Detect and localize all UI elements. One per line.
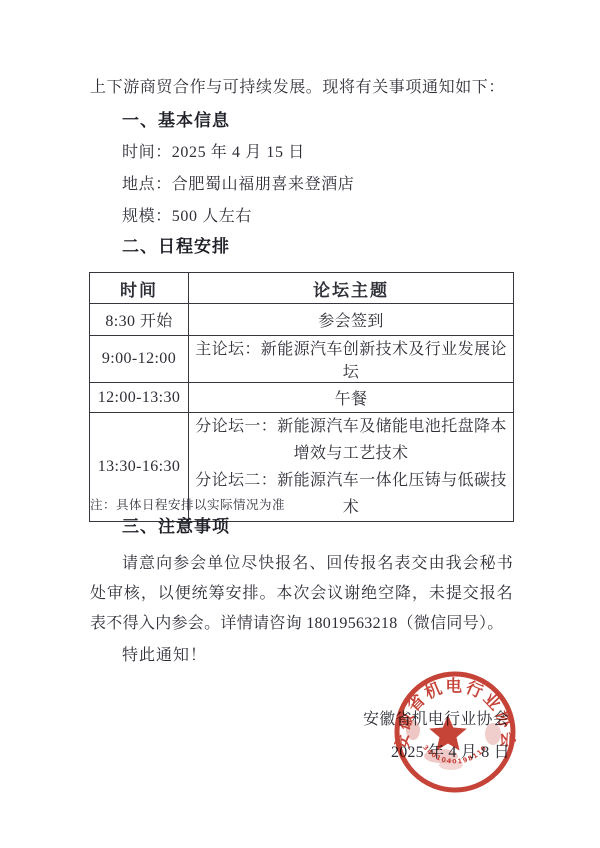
table-row: 12:00-13:30 午餐 xyxy=(90,383,514,413)
table-header-row: 时间 论坛主题 xyxy=(90,273,514,304)
header-time: 时间 xyxy=(90,273,189,304)
cell-topic: 主论坛：新能源汽车创新技术及行业发展论坛 xyxy=(189,336,514,383)
subforum-1: 分论坛一：新能源汽车及储能电池托盘降本增效与工艺技术 xyxy=(191,413,511,467)
notice-document: 上下游商贸合作与可持续发展。现将有关事项通知如下： 一、基本信息 时间：2025… xyxy=(0,0,600,848)
intro-line: 上下游商贸合作与可持续发展。现将有关事项通知如下： xyxy=(90,78,514,98)
header-topic: 论坛主题 xyxy=(189,273,514,304)
section2-title: 二、日程安排 xyxy=(90,237,514,257)
cell-topic: 午餐 xyxy=(189,383,514,413)
schedule-note: 注：具体日程安排以实际情况为准 xyxy=(90,495,285,513)
section1-title: 一、基本信息 xyxy=(90,111,514,131)
cell-topic: 参会签到 xyxy=(189,304,514,336)
official-seal: 安徽省机电行业协会 3401040198110 xyxy=(391,668,519,796)
signature-date: 2025 年 4 月 8 日 xyxy=(391,739,510,762)
cell-time: 9:00-12:00 xyxy=(90,336,189,383)
cell-time: 12:00-13:30 xyxy=(90,383,189,413)
info-location: 地点：合肥蜀山福朋喜来登酒店 xyxy=(90,175,514,195)
info-scale: 规模：500 人左右 xyxy=(90,207,514,227)
section3-title: 三、注意事项 xyxy=(90,517,514,537)
info-time: 时间：2025 年 4 月 15 日 xyxy=(90,143,514,163)
cell-time: 8:30 开始 xyxy=(90,304,189,336)
seal-ring xyxy=(397,674,513,790)
schedule-table: 时间 论坛主题 8:30 开始 参会签到 9:00-12:00 主论坛：新能源汽… xyxy=(89,272,514,522)
closing-line: 特此通知！ xyxy=(122,642,207,665)
signature-organization: 安徽省机电行业协会 xyxy=(363,706,509,729)
table-row: 8:30 开始 参会签到 xyxy=(90,304,514,336)
notes-paragraph: 请意向参会单位尽快报名、回传报名表交由我会秘书处审核，以便统筹安排。本次会议谢绝… xyxy=(90,549,513,639)
table-row: 9:00-12:00 主论坛：新能源汽车创新技术及行业发展论坛 xyxy=(90,336,514,383)
